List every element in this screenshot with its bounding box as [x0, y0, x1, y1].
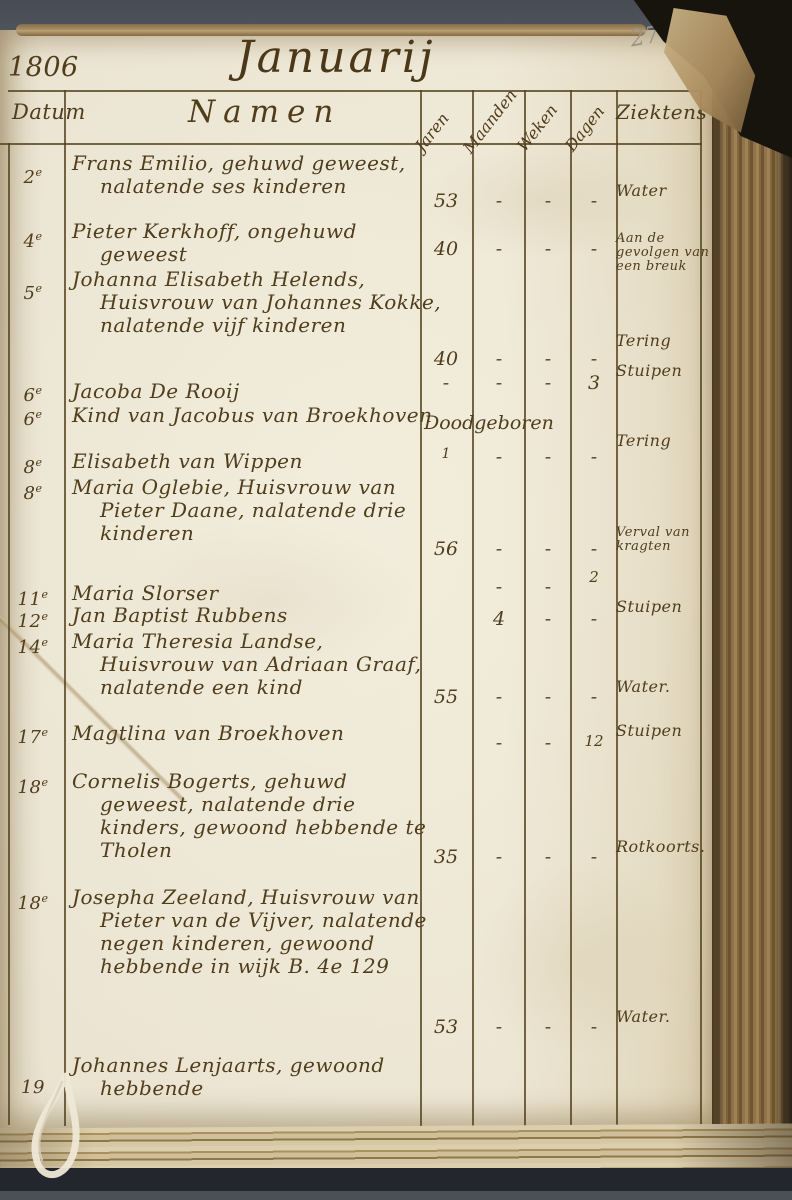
entry-cause: Tering: [616, 432, 716, 449]
entry-date: 5e: [6, 282, 60, 304]
entry-name: Cornelis Bogerts, gehuwd geweest, nalate…: [72, 770, 442, 862]
weken-value: -: [526, 686, 570, 708]
jaren-value: 53: [420, 190, 472, 212]
weken-value: -: [526, 576, 570, 598]
weken-value: -: [526, 608, 570, 630]
entry-date: 17e: [6, 726, 60, 748]
entry-name: Kind van Jacobus van Broekhoven: [72, 404, 442, 427]
weken-value: -: [526, 348, 570, 370]
entry-date: 14e: [6, 636, 60, 658]
entry-name: Johanna Elisabeth Helends, Huisvrouw van…: [72, 268, 442, 337]
maanden-value: -: [474, 238, 524, 260]
entry-cause: Stuipen: [616, 598, 716, 615]
dagen-value: -: [572, 238, 616, 260]
weken-value: -: [526, 446, 570, 468]
entry-cause: Stuipen: [616, 722, 716, 739]
maanden-value: -: [474, 732, 524, 754]
weken-value: -: [526, 372, 570, 394]
entry-date: 2e: [6, 166, 60, 188]
entry-cause: Tering: [616, 332, 716, 349]
dagen-value: -: [572, 608, 616, 630]
maanden-value: 4: [474, 608, 524, 630]
entry-name: Maria Theresia Landse, Huisvrouw van Adr…: [72, 630, 442, 699]
entry-date: 6e: [6, 408, 60, 430]
dagen-value: 12: [572, 732, 616, 750]
maanden-value: -: [474, 538, 524, 560]
entry-date: 8e: [6, 456, 60, 478]
jaren-value: 1: [420, 446, 472, 462]
entry-cause: Water.: [616, 1008, 716, 1025]
column-header-namen: Namen: [188, 94, 341, 130]
entry-cause: Verval van kragten: [616, 526, 716, 554]
dagen-value: -: [572, 686, 616, 708]
entry-name: Frans Emilio, gehuwd geweest, nalatende …: [72, 152, 442, 198]
maanden-value: -: [474, 686, 524, 708]
jaren-value: 55: [420, 686, 472, 708]
table-header-bottom-line: [0, 143, 702, 145]
page-title: Januarij: [236, 32, 436, 83]
jaren-value: 53: [420, 1016, 472, 1038]
dagen-value: 3: [572, 372, 616, 394]
dagen-value: -: [572, 348, 616, 370]
weken-value: -: [526, 1016, 570, 1038]
jaren-value: 35: [420, 846, 472, 868]
weken-value: -: [526, 190, 570, 212]
dagen-value: -: [572, 446, 616, 468]
dagen-value: -: [572, 190, 616, 212]
entry-cause: Water.: [616, 678, 716, 695]
entry-date: 18e: [6, 776, 60, 798]
entry-name: Jacoba De Rooij: [72, 380, 442, 403]
entry-date: 11e: [6, 588, 60, 610]
entry-cause: Rotkoorts.: [616, 838, 716, 855]
entry-name: Jan Baptist Rubbens: [72, 604, 442, 627]
weken-value: -: [526, 732, 570, 754]
register-scan: Januarij 1806 27 Datum Namen Jaren Maand…: [0, 0, 792, 1200]
entry-date: 18e: [6, 892, 60, 914]
entry-date: 6e: [6, 384, 60, 406]
column-header-ziekte: Ziektens: [616, 100, 707, 124]
table-header-top-line: [8, 90, 702, 92]
book-fore-edge: [712, 0, 792, 1170]
dagen-value: -: [572, 1016, 616, 1038]
entry-name: Josepha Zeeland, Huisvrouw van Pieter va…: [72, 886, 442, 978]
dagen-value: 2: [572, 568, 616, 586]
weken-value: -: [526, 846, 570, 868]
maanden-value: -: [474, 846, 524, 868]
dagen-value: -: [572, 538, 616, 560]
jaren-value: Doodgeboren: [424, 412, 624, 434]
jaren-value: 40: [420, 238, 472, 260]
maanden-value: -: [474, 372, 524, 394]
entry-name: Magtlina van Broekhoven: [72, 722, 442, 745]
entry-date: 4e: [6, 230, 60, 252]
entry-name: Elisabeth van Wippen: [72, 450, 442, 473]
weken-value: -: [526, 538, 570, 560]
maanden-value: -: [474, 1016, 524, 1038]
table-line-datum: [64, 90, 66, 1126]
entry-date: 8e: [6, 482, 60, 504]
entry-cause: Aan de gevolgen van een breuk: [616, 232, 716, 274]
dagen-value: -: [572, 846, 616, 868]
jaren-value: 40: [420, 348, 472, 370]
year-label: 1806: [8, 52, 79, 83]
maanden-value: -: [474, 190, 524, 212]
entry-cause: Water: [616, 182, 716, 199]
jaren-value: -: [420, 372, 472, 394]
column-header-datum: Datum: [12, 100, 86, 124]
entry-name: Pieter Kerkhoff, ongehuwd geweest: [72, 220, 442, 266]
maanden-value: -: [474, 446, 524, 468]
weken-value: -: [526, 238, 570, 260]
entry-name: Maria Oglebie, Huisvrouw van Pieter Daan…: [72, 476, 442, 545]
maanden-value: -: [474, 348, 524, 370]
binding-thread: [8, 1072, 138, 1198]
entry-date: 12e: [6, 610, 60, 632]
entry-name: Maria Slorser: [72, 582, 442, 605]
entry-cause: Stuipen: [616, 362, 716, 379]
jaren-value: 56: [420, 538, 472, 560]
maanden-value: -: [474, 576, 524, 598]
